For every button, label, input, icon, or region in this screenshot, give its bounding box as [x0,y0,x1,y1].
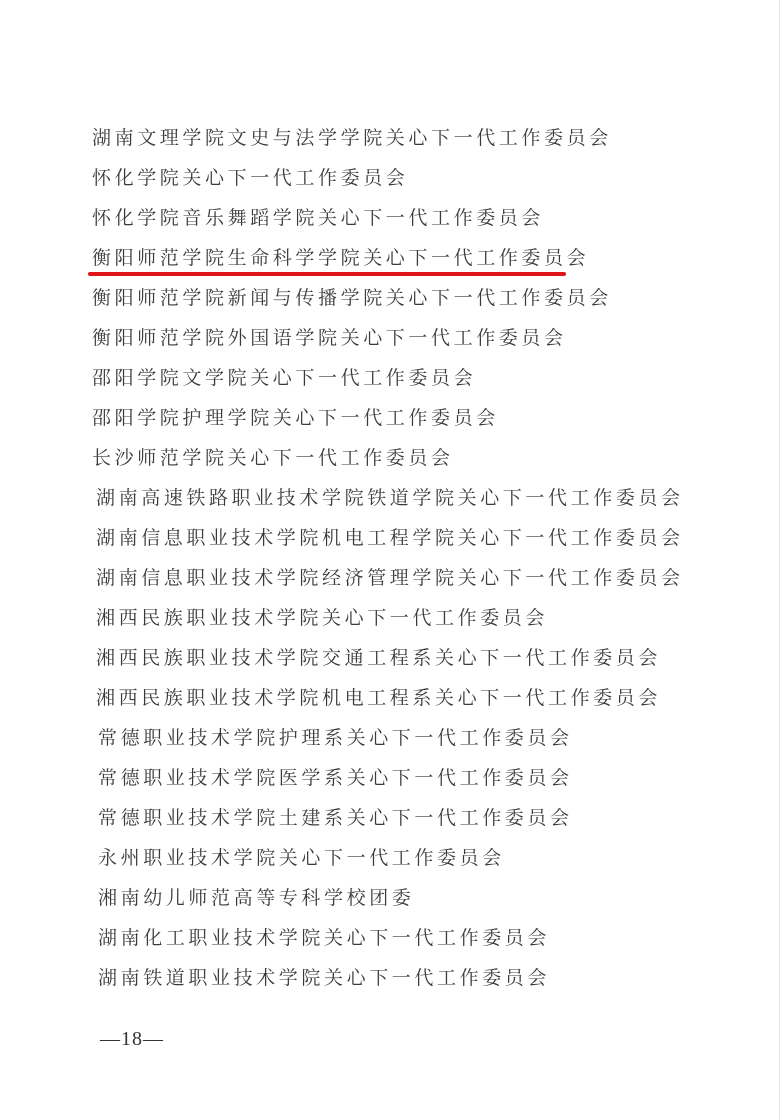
list-item: 湖南信息职业技术学院机电工程学院关心下一代工作委员会 [92,518,684,558]
list-item: 湘西民族职业技术学院机电工程系关心下一代工作委员会 [92,678,684,718]
list-item: 邵阳学院文学院关心下一代工作委员会 [92,358,684,398]
list-item: 永州职业技术学院关心下一代工作委员会 [92,838,684,878]
list-item: 邵阳学院护理学院关心下一代工作委员会 [92,398,684,438]
list-item: 怀化学院关心下一代工作委员会 [92,158,684,198]
list-item: 湘西民族职业技术学院关心下一代工作委员会 [92,598,684,638]
list-item: 衡阳师范学院外国语学院关心下一代工作委员会 [92,318,684,358]
list-item: 衡阳师范学院新闻与传播学院关心下一代工作委员会 [92,278,684,318]
list-item: 常德职业技术学院土建系关心下一代工作委员会 [92,798,684,838]
list-item: 常德职业技术学院护理系关心下一代工作委员会 [92,718,684,758]
list-item: 怀化学院音乐舞蹈学院关心下一代工作委员会 [92,198,684,238]
list-item: 湖南高速铁路职业技术学院铁道学院关心下一代工作委员会 [92,478,684,518]
list-item: 湘西民族职业技术学院交通工程系关心下一代工作委员会 [92,638,684,678]
organization-list: 湖南文理学院文史与法学学院关心下一代工作委员会 怀化学院关心下一代工作委员会 怀… [92,118,684,998]
highlighted-list-item: 衡阳师范学院生命科学学院关心下一代工作委员会 [92,238,684,278]
page-number: —18— [100,1028,164,1051]
list-item: 长沙师范学院关心下一代工作委员会 [92,438,684,478]
list-item: 湖南信息职业技术学院经济管理学院关心下一代工作委员会 [92,558,684,598]
scan-edge-line [779,0,780,1120]
list-item: 湖南文理学院文史与法学学院关心下一代工作委员会 [92,118,684,158]
list-item: 常德职业技术学院医学系关心下一代工作委员会 [92,758,684,798]
list-item: 湖南铁道职业技术学院关心下一代工作委员会 [92,958,684,998]
list-item: 湖南化工职业技术学院关心下一代工作委员会 [92,918,684,958]
list-item: 湘南幼儿师范高等专科学校团委 [92,878,684,918]
document-page: 湖南文理学院文史与法学学院关心下一代工作委员会 怀化学院关心下一代工作委员会 怀… [0,0,783,1120]
